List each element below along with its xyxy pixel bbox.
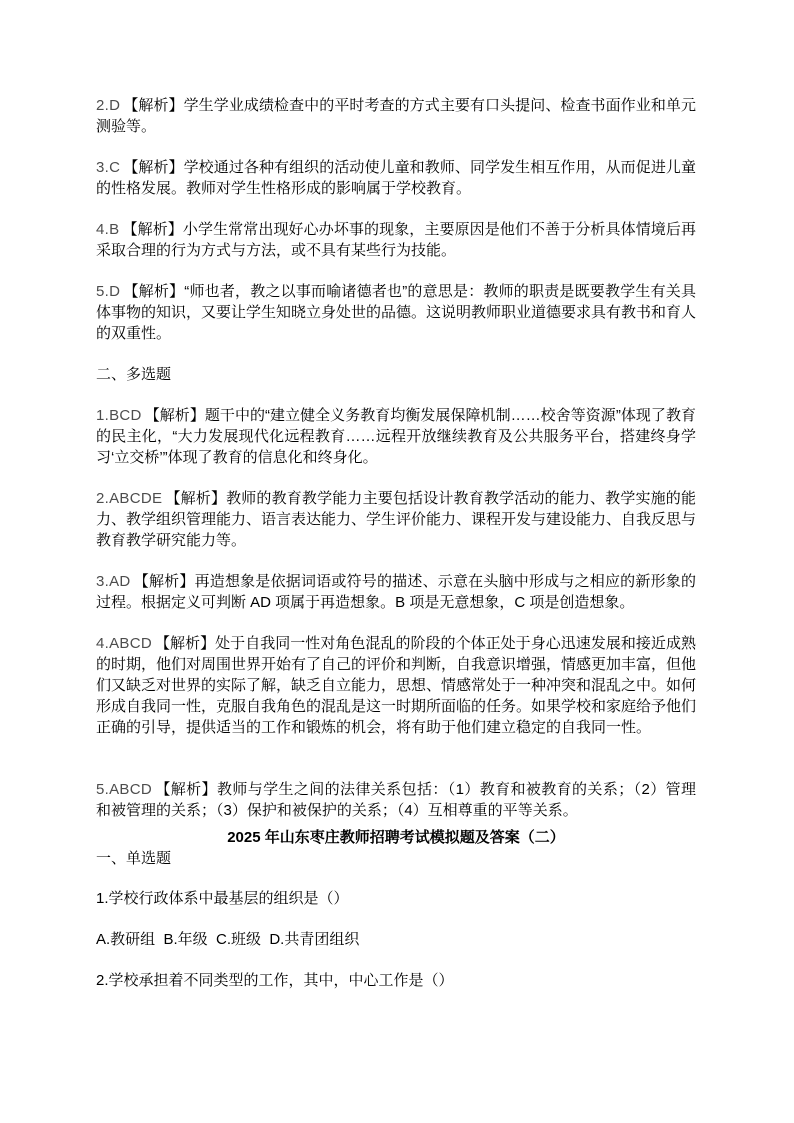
answer-label: 3.AD bbox=[96, 573, 131, 590]
options-line: A.教研组 B.年级 C.班级 D.共青团组织 bbox=[96, 929, 696, 950]
answer-item: 2.ABCDE【解析】教师的教育教学能力主要包括设计教育教学活动的能力、教学实施… bbox=[96, 488, 696, 551]
analysis-tag: 【解析】 bbox=[122, 221, 182, 238]
analysis-tag: 【解析】 bbox=[145, 407, 205, 424]
document-page: 2.D【解析】学生学业成绩检查中的平时考查的方式主要有口头提问、检查书面作业和单… bbox=[0, 0, 794, 1123]
answer-item: 5.ABCD【解析】教师与学生之间的法律关系包括：（1）教育和被教育的关系；（2… bbox=[96, 779, 696, 821]
section-heading-multi-choice: 二、多选题 bbox=[96, 364, 696, 385]
answer-text: 学生学业成绩检查中的平时考查的方式主要有口头提问、检查书面作业和单元测验等。 bbox=[96, 97, 696, 135]
answer-label: 5.ABCD bbox=[96, 781, 152, 798]
answer-label: 3.C bbox=[96, 159, 120, 176]
answer-label: 2.D bbox=[96, 97, 120, 114]
question-line: 2.学校承担着不同类型的工作，其中，中心工作是（） bbox=[96, 970, 696, 991]
answer-label: 2.ABCDE bbox=[96, 490, 162, 507]
analysis-tag: 【解析】 bbox=[165, 490, 226, 507]
analysis-tag: 【解析】 bbox=[155, 635, 215, 652]
analysis-tag: 【解析】 bbox=[155, 781, 217, 798]
answer-item: 3.C【解析】学校通过各种有组织的活动使儿童和教师、同学发生相互作用，从而促进儿… bbox=[96, 157, 696, 199]
answer-item: 4.B【解析】小学生常常出现好心办坏事的现象，主要原因是他们不善于分析具体情境后… bbox=[96, 219, 696, 261]
answer-text: “师也者，教之以事而喻诸德者也”的意思是：教师的职责是既要教学生有关具体事物的知… bbox=[96, 283, 696, 342]
answer-text: 小学生常常出现好心办坏事的现象，主要原因是他们不善于分析具体情境后再采取合理的行… bbox=[96, 221, 696, 259]
answer-item: 2.D【解析】学生学业成绩检查中的平时考查的方式主要有口头提问、检查书面作业和单… bbox=[96, 95, 696, 137]
answer-item: 1.BCD【解析】题干中的“建立健全义务教育均衡发展保障机制……校舍等资源”体现… bbox=[96, 405, 696, 468]
answer-item: 3.AD【解析】再造想象是依据词语或符号的描述、示意在头脑中形成与之相应的新形象… bbox=[96, 571, 696, 613]
analysis-tag: 【解析】 bbox=[134, 573, 195, 590]
answer-label: 1.BCD bbox=[96, 407, 142, 424]
answer-label: 4.B bbox=[96, 221, 119, 238]
answer-label: 5.D bbox=[96, 283, 120, 300]
paper-title: 2025 年山东枣庄教师招聘考试模拟题及答案（二） bbox=[96, 827, 696, 848]
question-line: 1.学校行政体系中最基层的组织是（） bbox=[96, 888, 696, 909]
analysis-tag: 【解析】 bbox=[123, 97, 183, 114]
answer-text: 学校通过各种有组织的活动使儿童和教师、同学发生相互作用，从而促进儿童的性格发展。… bbox=[96, 159, 696, 197]
analysis-tag: 【解析】 bbox=[123, 283, 184, 300]
answer-item: 5.D【解析】“师也者，教之以事而喻诸德者也”的意思是：教师的职责是既要教学生有… bbox=[96, 281, 696, 344]
answer-item: 4.ABCD【解析】处于自我同一性对角色混乱的阶段的个体正处于身心迅速发展和接近… bbox=[96, 633, 696, 738]
answer-label: 4.ABCD bbox=[96, 635, 152, 652]
analysis-tag: 【解析】 bbox=[123, 159, 183, 176]
section-heading-single-choice: 一、单选题 bbox=[96, 848, 696, 869]
